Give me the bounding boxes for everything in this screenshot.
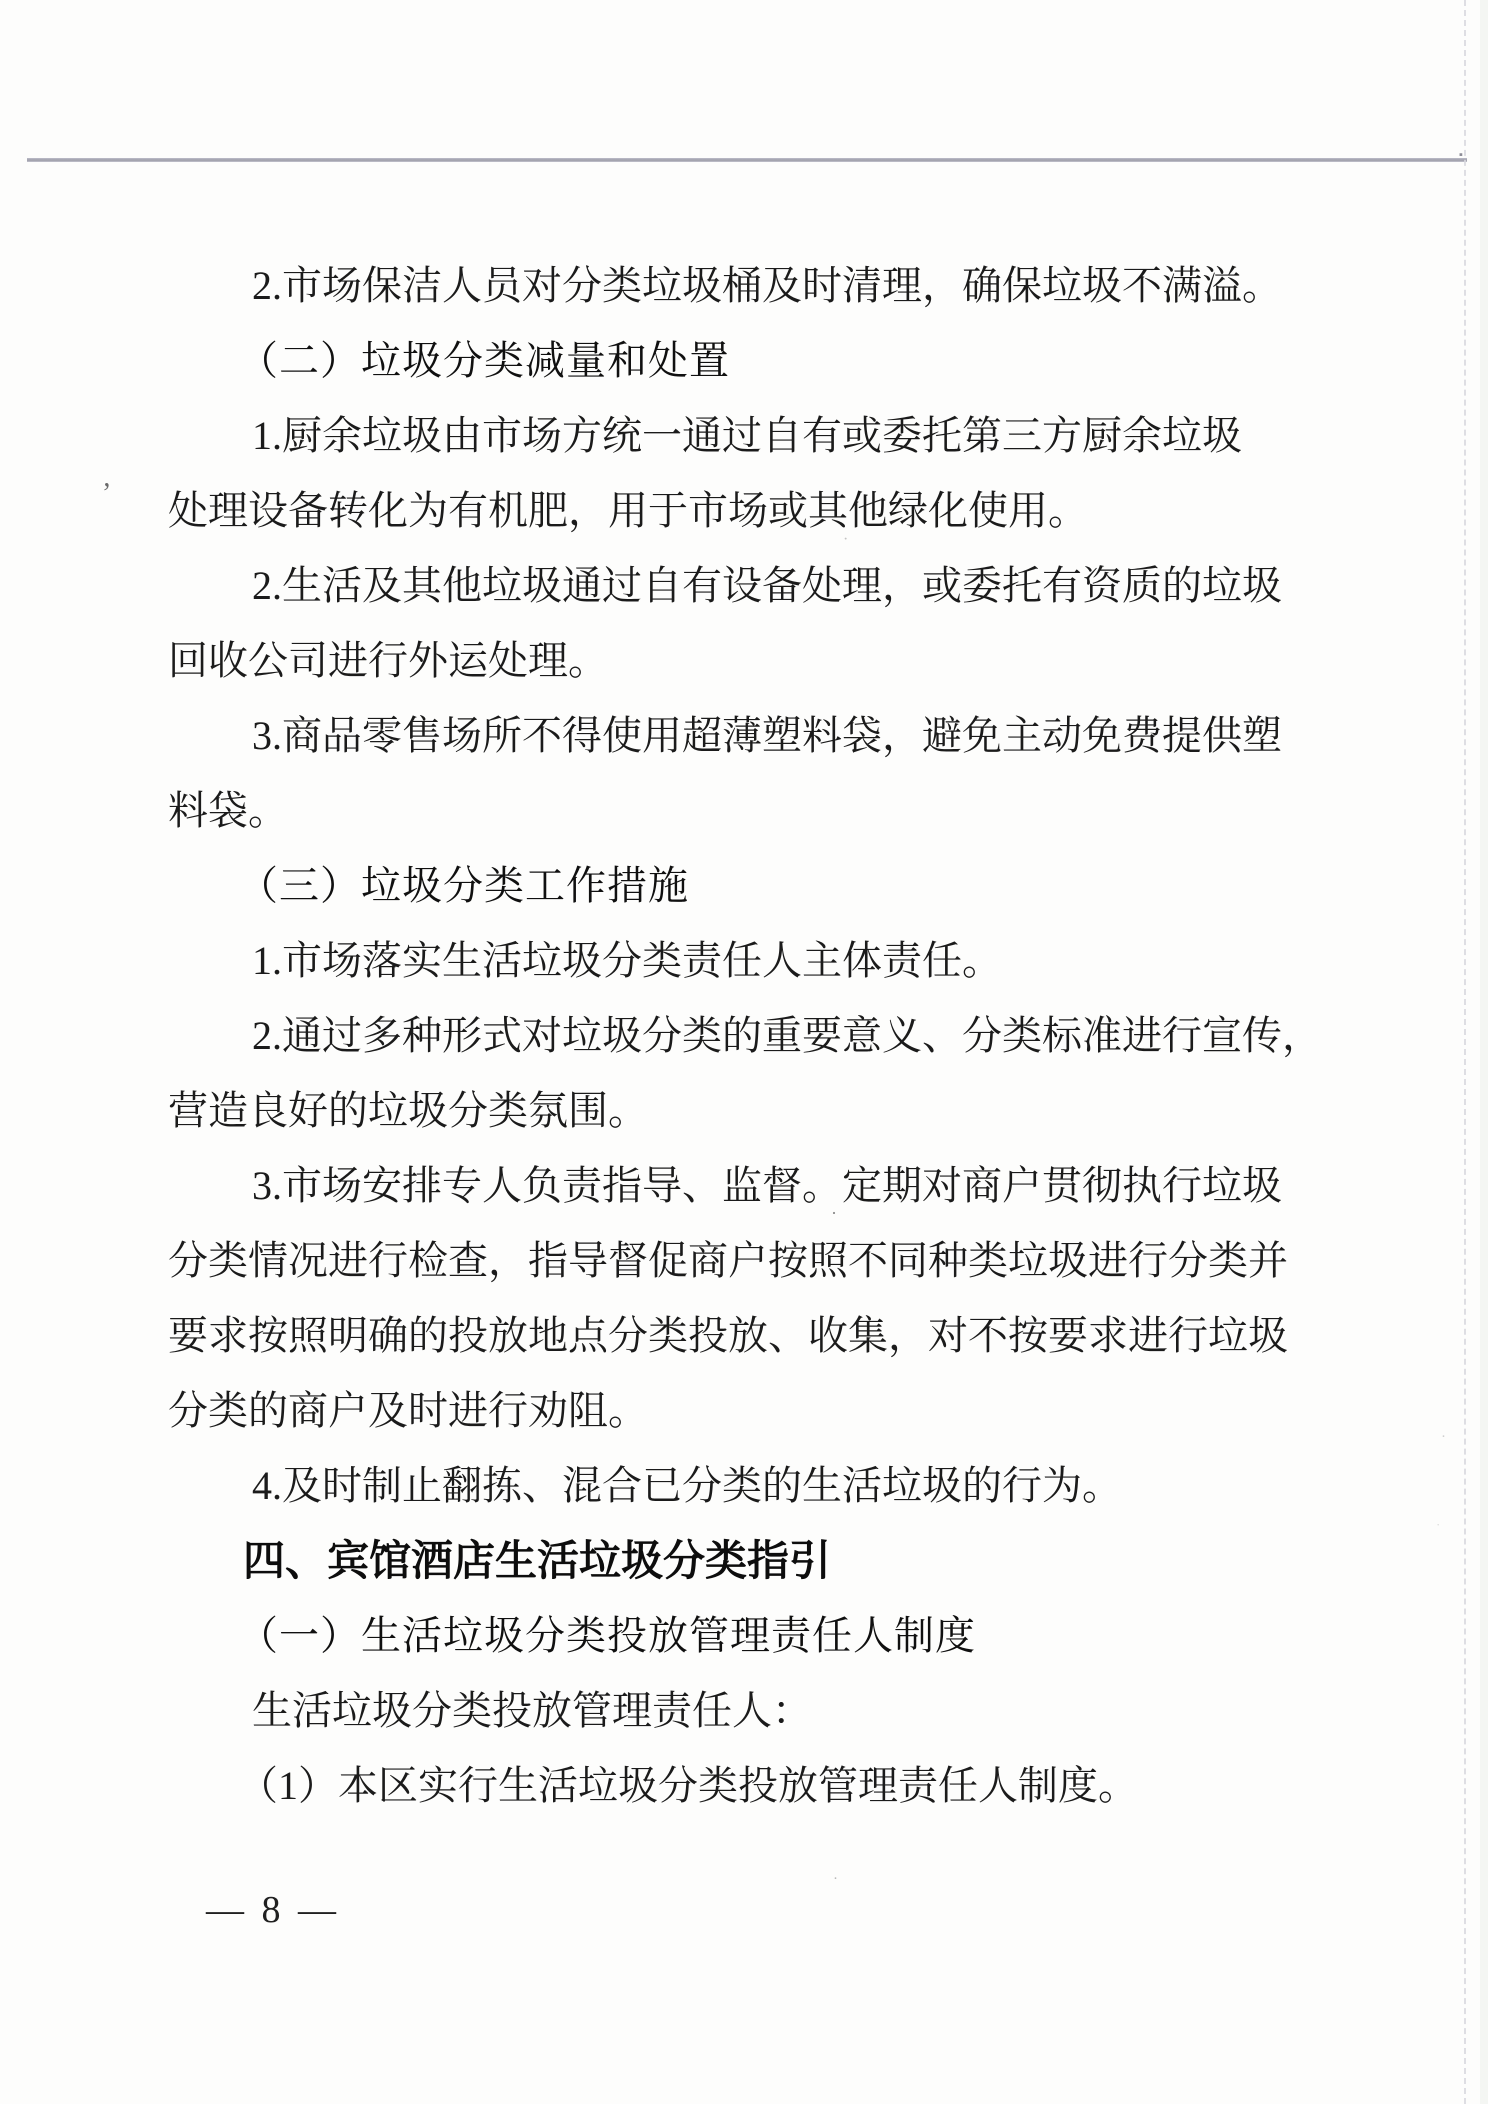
body-line: 2.生活及其他垃圾通过自有设备处理，或委托有资质的垃圾 [168, 548, 1338, 623]
body-line: 4.及时制止翻拣、混合已分类的生活垃圾的行为。 [168, 1448, 1338, 1523]
body-line: 分类的商户及时进行劝阻。 [168, 1373, 1338, 1448]
body-line: 1.市场落实生活垃圾分类责任人主体责任。 [168, 923, 1338, 998]
body-line: （1）本区实行生活垃圾分类投放管理责任人制度。 [168, 1748, 1338, 1823]
header-rule [27, 158, 1467, 162]
subheading-line: （一）生活垃圾分类投放管理责任人制度 [168, 1598, 1338, 1673]
body-line: 3.商品零售场所不得使用超薄塑料袋，避免主动免费提供塑 [168, 698, 1338, 773]
scan-speck: · [833, 1872, 838, 1887]
document-page: 2.市场保洁人员对分类垃圾桶及时清理，确保垃圾不满溢。（二）垃圾分类减量和处置1… [0, 0, 1488, 2104]
page-number: — 8 — [206, 1886, 340, 1934]
scan-edge-tint [1480, 0, 1488, 2104]
body-line: 营造良好的垃圾分类氛围。 [168, 1073, 1338, 1148]
heading-line: 四、宾馆酒店生活垃圾分类指引 [168, 1523, 1338, 1598]
body-line: 处理设备转化为有机肥，用于市场或其他绿化使用。 [168, 473, 1338, 548]
body-line: 生活垃圾分类投放管理责任人： [168, 1673, 1338, 1748]
body-line: 1.厨余垃圾由市场方统一通过自有或委托第三方厨余垃圾 [168, 398, 1338, 473]
scan-edge-line [1464, 0, 1466, 2104]
body-line: 3.市场安排专人负责指导、监督。定期对商户贯彻执行垃圾 [168, 1148, 1338, 1223]
subheading-line: （二）垃圾分类减量和处置 [168, 323, 1338, 398]
scan-speck: · [1436, 1518, 1440, 1531]
body-line: 料袋。 [168, 773, 1338, 848]
body-line: 2.通过多种形式对垃圾分类的重要意义、分类标准进行宣传， [168, 998, 1338, 1073]
body-line: 回收公司进行外运处理。 [168, 623, 1338, 698]
subheading-line: （三）垃圾分类工作措施 [168, 848, 1338, 923]
body-line: 要求按照明确的投放地点分类投放、收集，对不按要求进行垃圾 [168, 1298, 1338, 1373]
scan-speck: ’ [102, 480, 111, 508]
document-body: 2.市场保洁人员对分类垃圾桶及时清理，确保垃圾不满溢。（二）垃圾分类减量和处置1… [168, 248, 1338, 1823]
body-line: 2.市场保洁人员对分类垃圾桶及时清理，确保垃圾不满溢。 [168, 248, 1338, 323]
body-line: 分类情况进行检查，指导督促商户按照不同种类垃圾进行分类并 [168, 1223, 1338, 1298]
scan-speck: · [1441, 1430, 1446, 1445]
